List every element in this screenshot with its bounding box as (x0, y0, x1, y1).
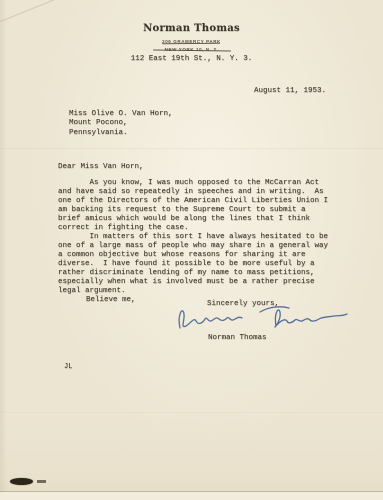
letterhead-name: Norman Thomas (0, 23, 383, 34)
salutation: Dear Miss Van Horn, (58, 163, 144, 171)
body-line: diverse. I have found it possible to be … (58, 260, 328, 269)
body-paragraph-2: In matters of this sort I have always he… (58, 233, 328, 296)
body-paragraph-1: As you know, I was much opposed to the M… (58, 179, 328, 233)
pen-strike-icon (162, 42, 220, 44)
typed-signature-name: Norman Thomas (208, 334, 267, 342)
scan-edge-shadow (0, 0, 7, 500)
recipient-state: Pennsylvania. (69, 129, 173, 138)
closing-believe-me: Believe me, (86, 296, 136, 304)
body-line: legal argument. (58, 287, 328, 296)
paper-fold-line (0, 148, 383, 150)
paper-bottom-curl (0, 492, 383, 500)
union-bug-number-icon (37, 480, 46, 483)
letterhead-typed-address: 112 East 19th St., N. Y. 3. (0, 55, 383, 63)
union-bug-oval-icon (10, 478, 33, 485)
body-line: am backing its request to the Supreme Co… (58, 206, 328, 215)
body-line: one of the Directors of the American Civ… (58, 197, 328, 206)
body-line: a common objective but whose reasons for… (58, 251, 328, 260)
recipient-address-block: Miss Olive O. Van Horn, Mount Pocono, Pe… (69, 110, 173, 138)
body-line: and have said so repeatedly in speeches … (58, 188, 328, 197)
letter-date: August 11, 1953. (254, 87, 326, 95)
typist-initials: JL (64, 363, 72, 371)
body-line: rather discriminate lending of my name t… (58, 269, 328, 278)
body-line: especially when what is involved must be… (58, 278, 328, 287)
letter-page: Norman Thomas 206 GRAMERCY PARK NEW YORK… (0, 0, 383, 500)
recipient-city: Mount Pocono, (69, 119, 173, 128)
paper-fold-line (0, 412, 383, 414)
body-line: brief amicus which would be along the li… (58, 215, 328, 224)
body-line: correct in fighting the case. (58, 224, 328, 233)
body-line: As you know, I was much opposed to the M… (58, 179, 328, 188)
recipient-name: Miss Olive O. Van Horn, (69, 110, 173, 119)
union-bug-icon (10, 477, 50, 487)
body-line: one of a large mass of people who may sh… (58, 242, 328, 251)
body-line: In matters of this sort I have always he… (58, 233, 328, 242)
